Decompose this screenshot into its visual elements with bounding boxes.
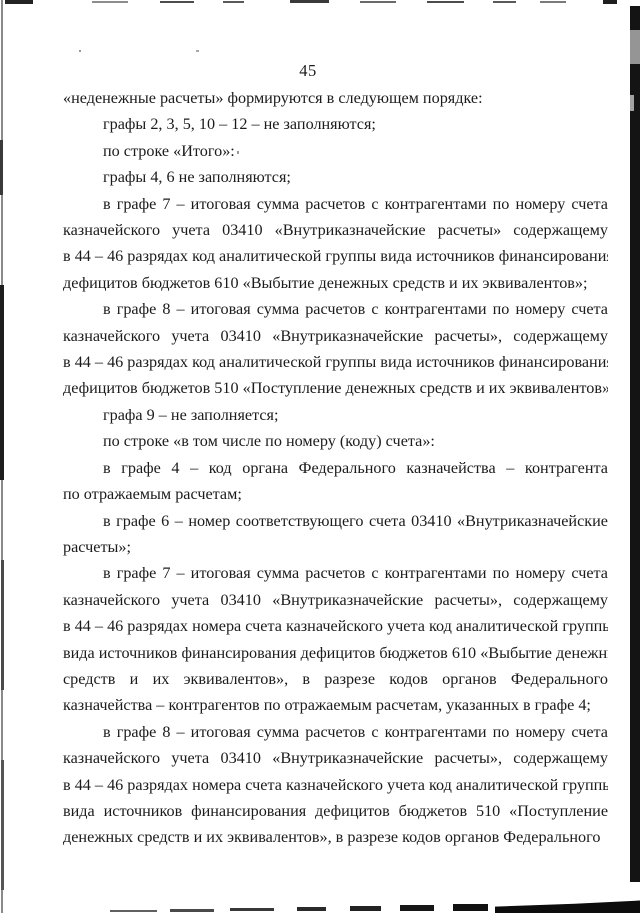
scan-edge-top-segment <box>92 1 128 3</box>
text-line: в графе 8 – итоговая сумма расчетов с ко… <box>63 719 608 745</box>
scan-edge-top-segment <box>427 1 464 3</box>
scan-edge-top-segment <box>160 1 194 3</box>
text-line: в 44 – 46 разрядах код аналитической гру… <box>63 243 608 269</box>
text-line: в графе 6 – номер соответствующего счета… <box>63 508 608 534</box>
scan-edge-left-segment <box>0 285 4 480</box>
text-line: по строке «Итого»: <box>63 138 608 164</box>
paragraph: «неденежные расчеты» формируются в следу… <box>63 85 608 111</box>
scan-edge-left <box>1 0 3 913</box>
text-line: в графе 8 – итоговая сумма расчетов с ко… <box>63 296 608 322</box>
scan-speck <box>196 50 199 52</box>
scan-edge-top-segment <box>5 0 33 4</box>
scan-edge-top-segment <box>540 1 566 3</box>
paragraph: по строке «Итого»: <box>63 138 608 164</box>
text-line: графы 2, 3, 5, 10 – 12 – не заполняются; <box>63 111 608 137</box>
text-line: денежных средств и их эквивалентов», в р… <box>63 824 608 850</box>
text-line: казначейского учета 03410 «Внутриказначе… <box>63 217 608 243</box>
text-line: в 44 – 46 разрядах код аналитической гру… <box>63 349 608 375</box>
paragraph: в графе 8 – итоговая сумма расчетов с ко… <box>63 719 608 851</box>
text-line: графы 4, 6 не заполняются; <box>63 164 608 190</box>
paragraph: в графе 8 – итоговая сумма расчетов с ко… <box>63 296 608 402</box>
paragraph: в графе 4 – код органа Федерального казн… <box>63 455 608 508</box>
text-line: по отражаемым расчетам; <box>63 481 608 507</box>
scan-edge-right-fade <box>630 30 640 64</box>
paragraph: графы 2, 3, 5, 10 – 12 – не заполняются; <box>63 111 608 137</box>
scan-edge-right <box>630 6 640 882</box>
scan-edge-left-segment <box>1 560 4 690</box>
text-line: средств и их эквивалентов», в разрезе ко… <box>63 666 608 692</box>
scan-edge-left-segment <box>1 760 4 890</box>
text-line: в 44 – 46 разрядах номера счета казначей… <box>63 613 608 639</box>
text-line: казначейства – контрагентов по отражаемы… <box>63 692 608 718</box>
text-line: в графе 7 – итоговая сумма расчетов с ко… <box>63 560 608 586</box>
scan-edge-top-segment <box>493 1 516 3</box>
scan-edge-bottom-segment <box>230 908 274 911</box>
scan-edge-bottom-segment <box>400 905 434 911</box>
text-line: расчеты»; <box>63 534 608 560</box>
scan-edge-left-segment <box>0 140 3 195</box>
paragraph: графы 4, 6 не заполняются; <box>63 164 608 190</box>
text-line: казначейского учета 03410 «Внутриказначе… <box>63 323 608 349</box>
paragraph: графа 9 – не заполняется; <box>63 402 608 428</box>
text-line: дефицитов бюджетов 610 «Выбытие денежных… <box>63 270 608 296</box>
text-line: по строке «в том числе по номеру (коду) … <box>63 428 608 454</box>
text-line: дефицитов бюджетов 510 «Поступление дене… <box>63 375 608 401</box>
text-line: вида источников финансирования дефицитов… <box>63 798 608 824</box>
scan-edge-bottom-segment <box>297 907 326 911</box>
document-page: 45 «неденежные расчеты» формируются в сл… <box>0 0 640 913</box>
text-line: в 44 – 46 разрядах номера счета казначей… <box>63 772 608 798</box>
scan-edge-bottom-wedge <box>495 897 640 913</box>
text-line: в графе 7 – итоговая сумма расчетов с ко… <box>63 191 608 217</box>
scan-speck <box>79 50 81 52</box>
paragraph: в графе 7 – итоговая сумма расчетов с ко… <box>63 191 608 297</box>
scan-edge-top-segment <box>360 1 396 3</box>
text-line: вида источников финансирования дефицитов… <box>63 640 608 666</box>
text-line: казначейского учета 03410 «Внутриказначе… <box>63 745 608 771</box>
scan-edge-bottom-segment <box>170 909 214 912</box>
scan-edge-top-segment <box>290 0 329 3</box>
scan-edge-bottom-segment <box>350 906 381 911</box>
document-body: «неденежные расчеты» формируются в следу… <box>63 85 608 851</box>
scan-edge-bottom-segment <box>453 904 488 911</box>
text-line: казначейского учета 03410 «Внутриказначе… <box>63 587 608 613</box>
paragraph: по строке «в том числе по номеру (коду) … <box>63 428 608 454</box>
text-line: графа 9 – не заполняется; <box>63 402 608 428</box>
scan-edge-top-segment <box>223 1 244 3</box>
scan-edge-right-fade <box>630 95 634 111</box>
scan-edge-top-segment <box>603 0 617 4</box>
page-number: 45 <box>0 61 616 81</box>
paragraph: в графе 7 – итоговая сумма расчетов с ко… <box>63 560 608 718</box>
text-line: «неденежные расчеты» формируются в следу… <box>63 85 608 111</box>
text-line: в графе 4 – код органа Федерального казн… <box>63 455 608 481</box>
scan-edge-bottom-segment <box>110 910 157 912</box>
paragraph: в графе 6 – номер соответствующего счета… <box>63 508 608 561</box>
